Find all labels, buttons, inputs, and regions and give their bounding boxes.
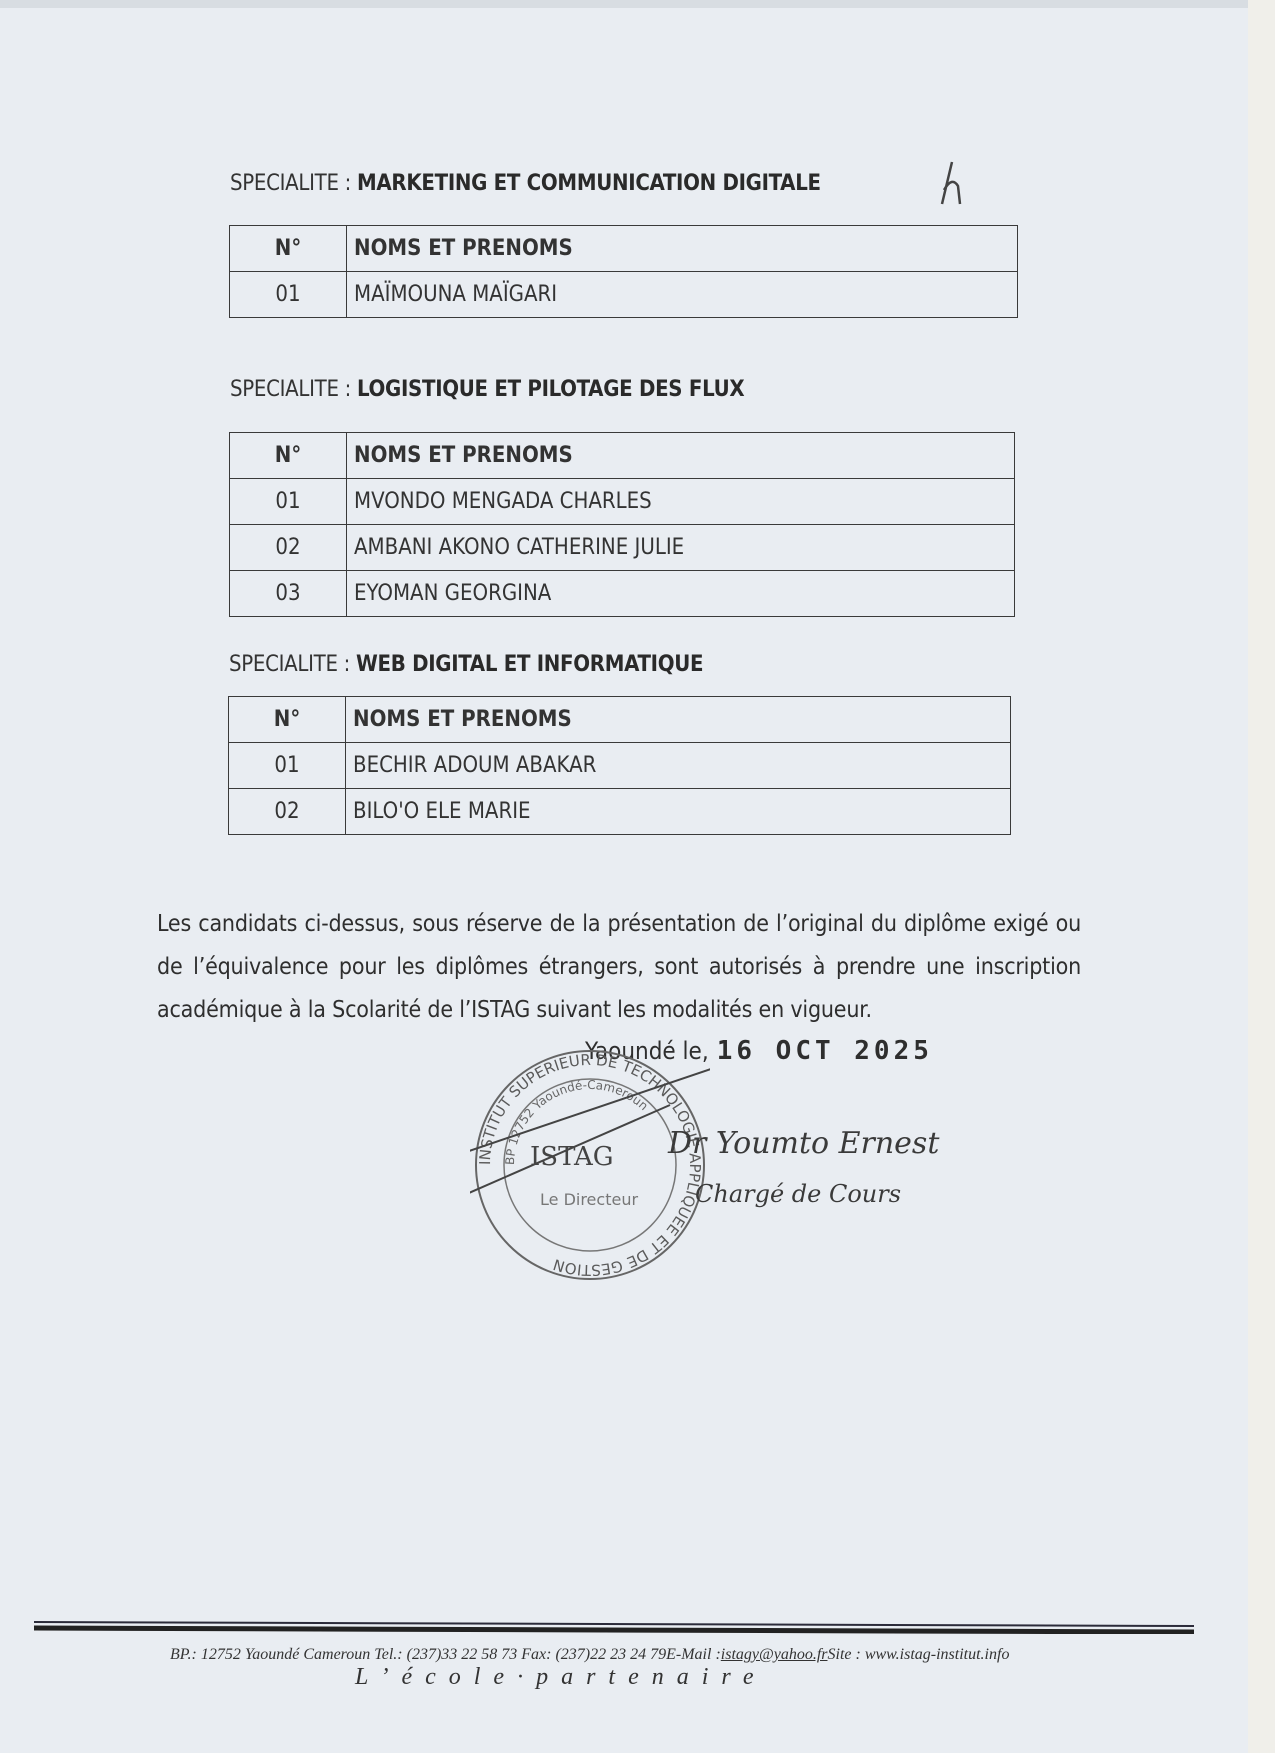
footer-email-link[interactable]: istagy@yahoo.fr (721, 1646, 828, 1663)
specialite-label: SPECIALITE : (229, 652, 350, 677)
svg-text:ISTAG: ISTAG (530, 1142, 614, 1172)
students-table-1: N° NOMS ET PRENOMS 01 MAÏMOUNA MAÏGARI (229, 225, 1018, 318)
scan-right-edge (1248, 0, 1275, 1753)
table-row: 01 MVONDO MENGADA CHARLES (230, 479, 1015, 525)
footer-motto: L’école·partenaire (355, 1664, 767, 1691)
footer-divider (34, 1620, 1194, 1634)
specialite-name: LOGISTIQUE ET PILOTAGE DES FLUX (357, 377, 744, 402)
specialite-label: SPECIALITE : (230, 171, 351, 196)
table-row: 01 MAÏMOUNA MAÏGARI (230, 272, 1018, 318)
col-names-header: NOMS ET PRENOMS (347, 226, 1018, 272)
specialite-label: SPECIALITE : (230, 377, 351, 402)
row-num: 01 (230, 479, 347, 525)
signatory-title: Chargé de Cours (695, 1180, 901, 1208)
row-num: 01 (230, 272, 347, 318)
row-name: AMBANI AKONO CATHERINE JULIE (347, 525, 1015, 571)
specialite-name: WEB DIGITAL ET INFORMATIQUE (356, 652, 703, 677)
students-table-2: N° NOMS ET PRENOMS 01 MVONDO MENGADA CHA… (229, 432, 1015, 617)
students-table-3: N° NOMS ET PRENOMS 01 BECHIR ADOUM ABAKA… (228, 696, 1011, 835)
footer-site: Site : www.istag-institut.info (828, 1646, 1010, 1663)
date-stamp: 16 OCT 2025 (717, 1036, 933, 1066)
scan-top-edge (0, 0, 1275, 8)
footer-address: BP.: 12752 Yaoundé Cameroun Tel.: (237)3… (170, 1646, 1070, 1664)
row-num: 01 (229, 743, 346, 789)
table-header-row: N° NOMS ET PRENOMS (230, 226, 1018, 272)
signatory-name: Dr Youmto Ernest (668, 1126, 939, 1161)
official-seal-icon: INSTITUT SUPERIEUR DE TECHNOLOGIE APPLIQ… (470, 1045, 710, 1285)
row-name: BECHIR ADOUM ABAKAR (346, 743, 1011, 789)
specialite-heading-3: SPECIALITE : WEB DIGITAL ET INFORMATIQUE (229, 652, 703, 677)
col-names-header: NOMS ET PRENOMS (347, 433, 1015, 479)
table-row: 01 BECHIR ADOUM ABAKAR (229, 743, 1011, 789)
specialite-heading-2: SPECIALITE : LOGISTIQUE ET PILOTAGE DES … (230, 377, 744, 402)
row-name: EYOMAN GEORGINA (347, 571, 1015, 617)
footer-address-text: BP.: 12752 Yaoundé Cameroun Tel.: (237)3… (170, 1646, 721, 1663)
handwritten-mark-icon (938, 158, 968, 208)
table-row: 02 AMBANI AKONO CATHERINE JULIE (230, 525, 1015, 571)
row-num: 02 (229, 789, 346, 835)
table-row: 03 EYOMAN GEORGINA (230, 571, 1015, 617)
col-names-header: NOMS ET PRENOMS (346, 697, 1011, 743)
svg-text:Le Directeur: Le Directeur (540, 1190, 638, 1209)
table-header-row: N° NOMS ET PRENOMS (230, 433, 1015, 479)
table-row: 02 BILO'O ELE MARIE (229, 789, 1011, 835)
col-num-header: N° (230, 433, 347, 479)
row-num: 03 (230, 571, 347, 617)
col-num-header: N° (229, 697, 346, 743)
specialite-name: MARKETING ET COMMUNICATION DIGITALE (357, 171, 821, 196)
row-name: BILO'O ELE MARIE (346, 789, 1011, 835)
table-header-row: N° NOMS ET PRENOMS (229, 697, 1011, 743)
row-num: 02 (230, 525, 347, 571)
specialite-heading-1: SPECIALITE : MARKETING ET COMMUNICATION … (230, 171, 821, 196)
authorization-paragraph: Les candidats ci-dessus, sous réserve de… (157, 903, 1081, 1032)
row-name: MVONDO MENGADA CHARLES (347, 479, 1015, 525)
row-name: MAÏMOUNA MAÏGARI (347, 272, 1018, 318)
col-num-header: N° (230, 226, 347, 272)
